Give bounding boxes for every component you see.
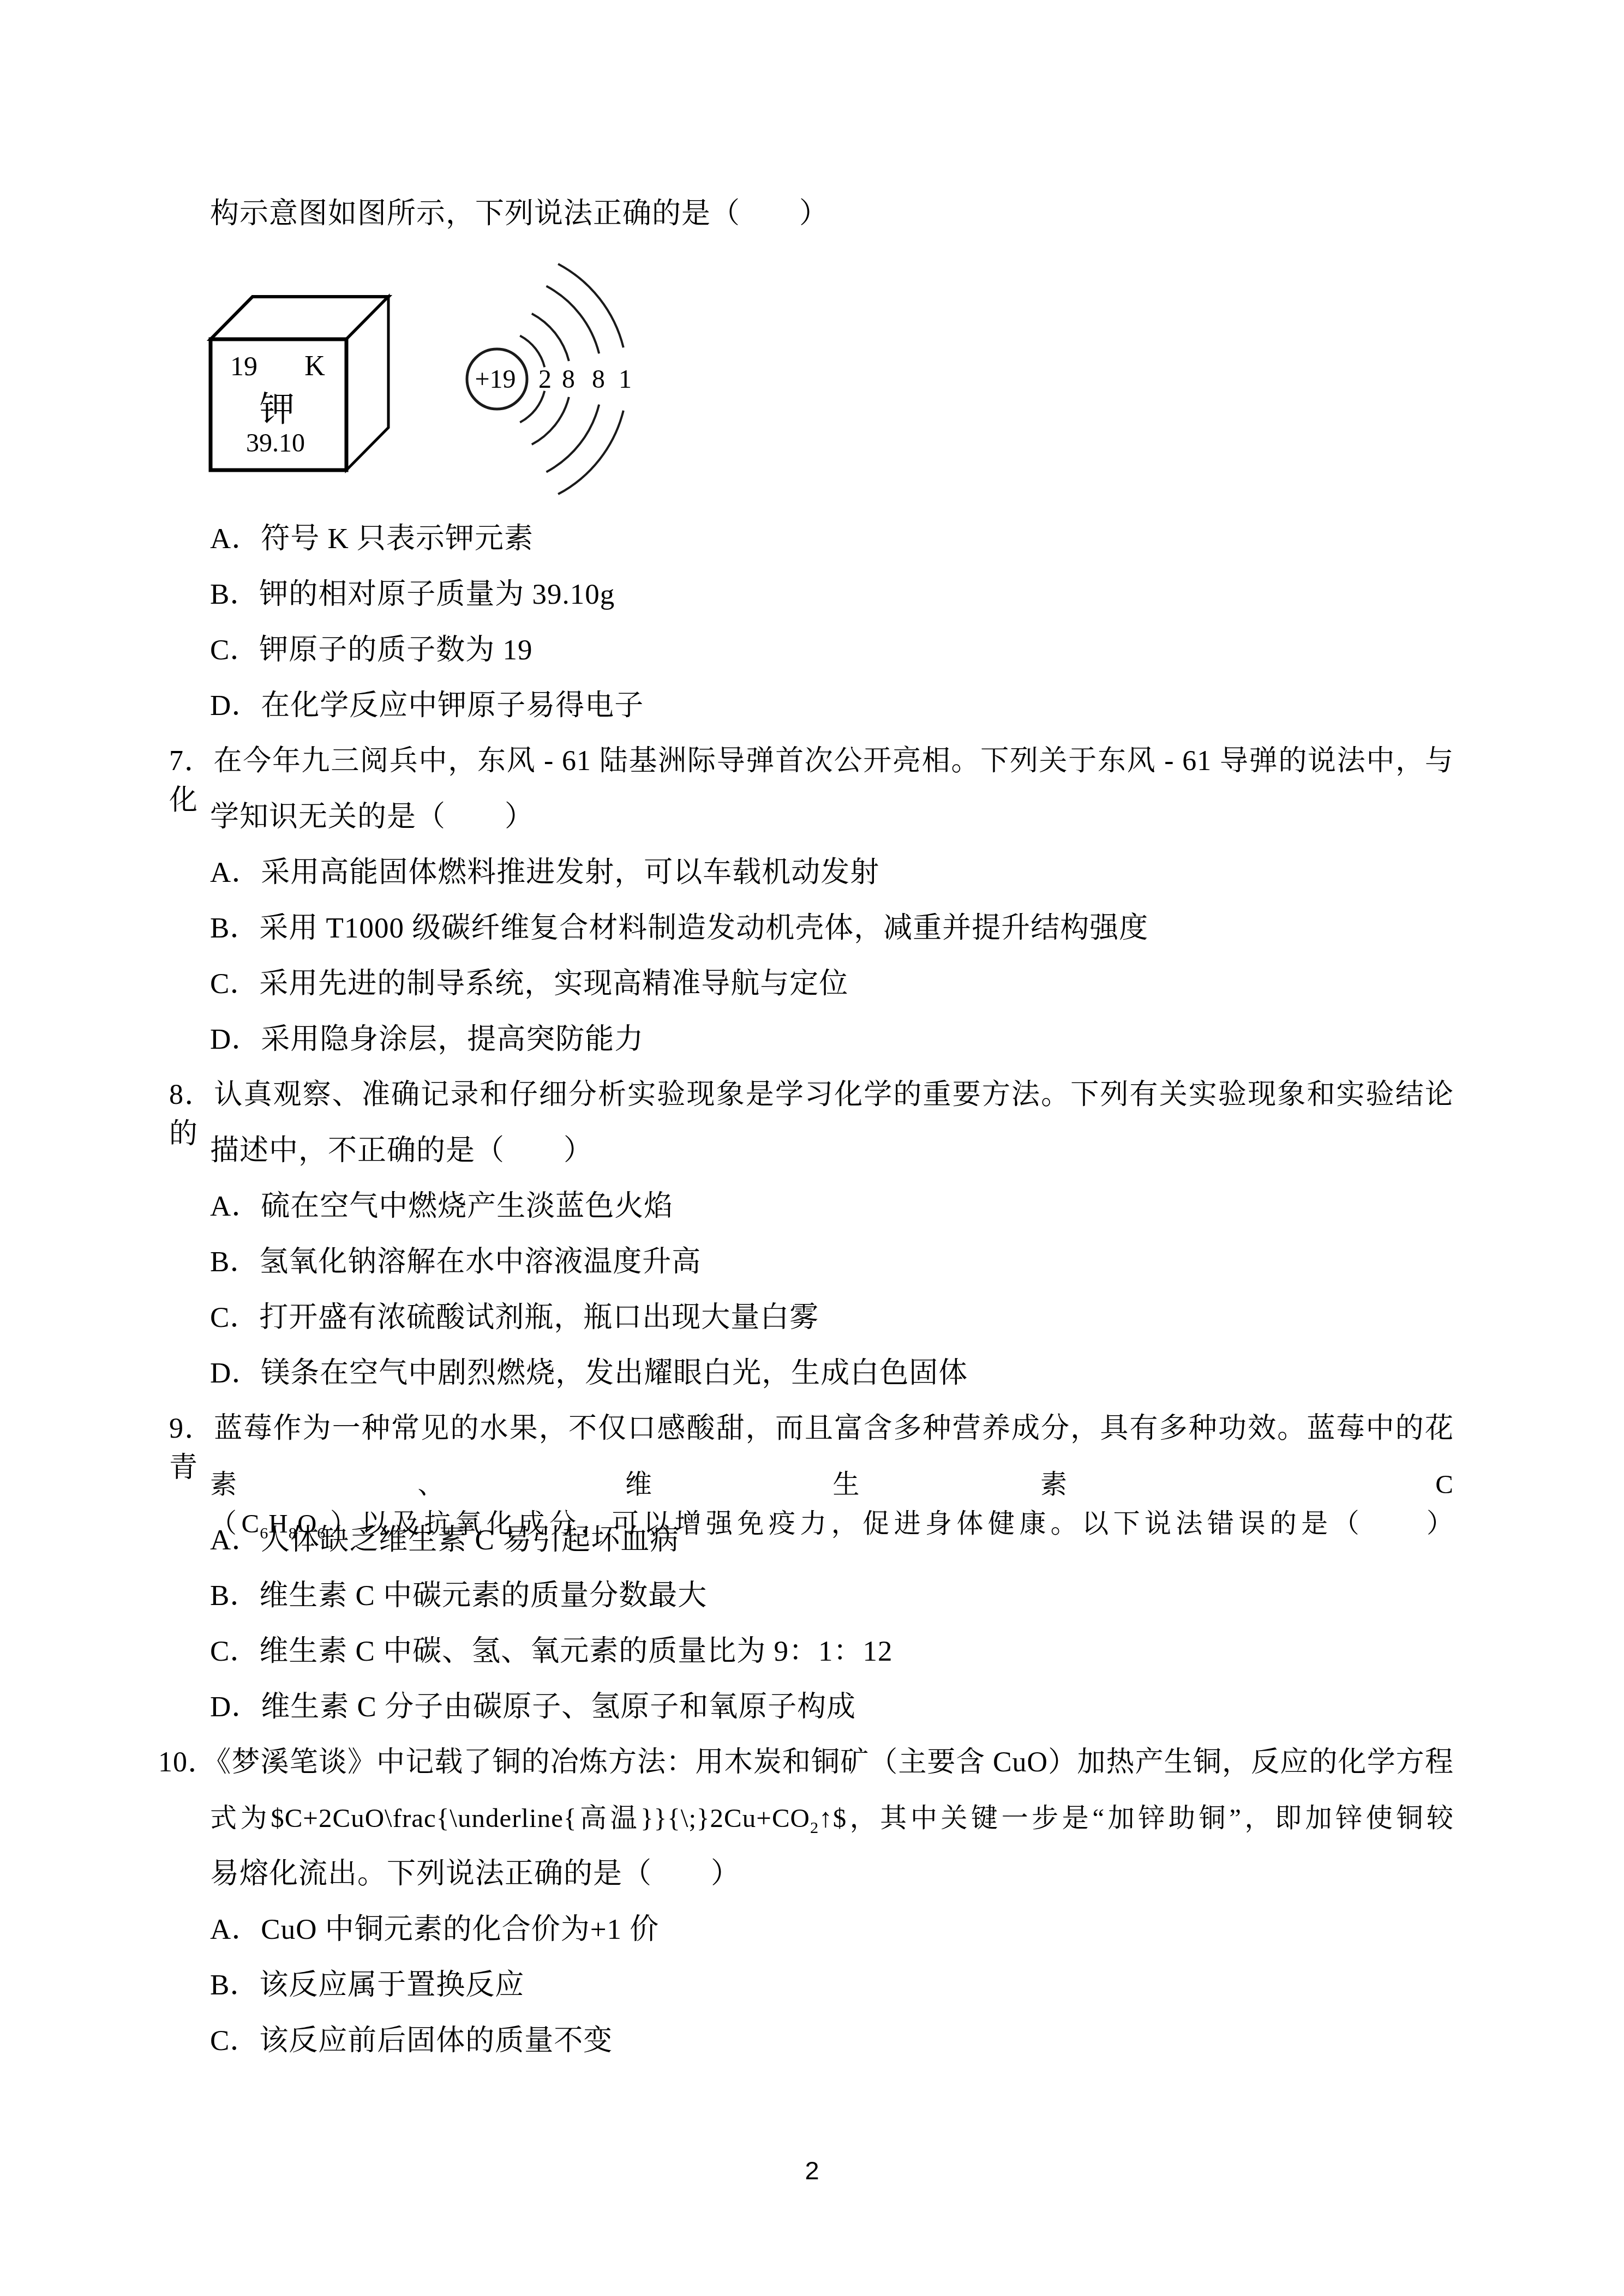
element-atomic-number: 19: [230, 351, 257, 381]
q10-option-a: A．CuO 中铜元素的化合价为+1 价: [210, 1910, 659, 1949]
q7-option-a: A．采用高能固体燃料推进发射，可以车载机动发射: [210, 853, 879, 892]
q9-option-c: C．维生素 C 中碳、氢、氧元素的质量比为 9：1：12: [210, 1632, 892, 1671]
element-symbol: K: [304, 351, 325, 382]
q10-option-b: B．该反应属于置换反应: [210, 1966, 524, 2005]
exam-page: 构示意图如图所示，下列说法正确的是（ ） 19 K 钾 39.10: [0, 0, 1624, 2296]
q8-option-d: D．镁条在空气中剧烈燃烧，发出耀眼白光，生成白色固体: [210, 1354, 968, 1393]
q10-stem-line-2-equation: 式为$C+2CuO\frac{\underline{高温}}{\;}2Cu+CO…: [210, 1799, 1454, 1838]
q6-figure: 19 K 钾 39.10 +19 2 8 8: [202, 248, 720, 532]
q7-option-b: B．采用 T1000 级碳纤维复合材料制造发动机壳体，减重并提升结构强度: [210, 909, 1148, 948]
q9-option-b: B．维生素 C 中碳元素的质量分数最大: [210, 1576, 707, 1615]
element-cell-box: 19 K 钾 39.10: [211, 297, 388, 470]
shell-electron-count: 8: [562, 365, 575, 394]
q9-option-d: D．维生素 C 分子由碳原子、氢原子和氧原子构成: [210, 1687, 856, 1727]
q10-option-c: C．该反应前后固体的质量不变: [210, 2021, 613, 2060]
q9-option-a: A．人体缺乏维生素 C 易引起坏血病: [210, 1520, 679, 1560]
q8-option-b: B．氢氧化钠溶解在水中溶液温度升高: [210, 1242, 701, 1282]
q10-stem-line-3: 易熔化流出。下列说法正确的是（ ）: [210, 1854, 740, 1894]
electron-shell-arc: [547, 286, 600, 354]
q7-stem-line-2: 学知识无关的是（ ）: [210, 797, 534, 837]
q6-option-d: D．在化学反应中钾原子易得电子: [210, 686, 644, 725]
q8-stem-line-2: 描述中，不正确的是（ ）: [210, 1131, 593, 1170]
q6-option-c: C．钾原子的质子数为 19: [210, 630, 533, 670]
electron-shell-arc: [532, 314, 569, 361]
element-relative-atomic-mass: 39.10: [246, 429, 305, 458]
q6-stem-continuation-line: 构示意图如图所示，下列说法正确的是（ ）: [210, 194, 829, 233]
page-number: 2: [0, 2155, 1624, 2185]
electron-shell-arc: [558, 411, 624, 494]
q7-option-c: C．采用先进的制导系统，实现高精准导航与定位: [210, 964, 848, 1003]
shell-electron-count: 1: [619, 365, 632, 394]
electron-shell-arc: [547, 405, 600, 472]
atom-structure-diagram: +19 2 8 8 1: [467, 264, 632, 494]
shell-electron-count: 8: [592, 365, 605, 394]
electron-shell-arc: [520, 336, 544, 368]
q6-option-a: A．符号 K 只表示钾元素: [210, 519, 534, 558]
element-name: 钾: [260, 390, 295, 429]
q6-option-b: B．钾的相对原子质量为 39.10g: [210, 575, 615, 614]
q10-stem-line-1: 10．《梦溪笔谈》中记载了铜的冶炼方法：用木炭和铜矿（主要含 CuO）加热产生铜…: [158, 1743, 1454, 1782]
q7-option-d: D．采用隐身涂层，提高突防能力: [210, 1020, 644, 1059]
electron-shell-arc: [558, 264, 624, 347]
atom-nucleus-label: +19: [475, 365, 516, 394]
shell-electron-count: 2: [538, 365, 552, 394]
q8-option-c: C．打开盛有浓硫酸试剂瓶，瓶口出现大量白雾: [210, 1298, 819, 1337]
electron-shell-arc: [532, 397, 569, 444]
electron-shell-arc: [520, 391, 544, 423]
q8-option-a: A．硫在空气中燃烧产生淡蓝色火焰: [210, 1187, 673, 1226]
